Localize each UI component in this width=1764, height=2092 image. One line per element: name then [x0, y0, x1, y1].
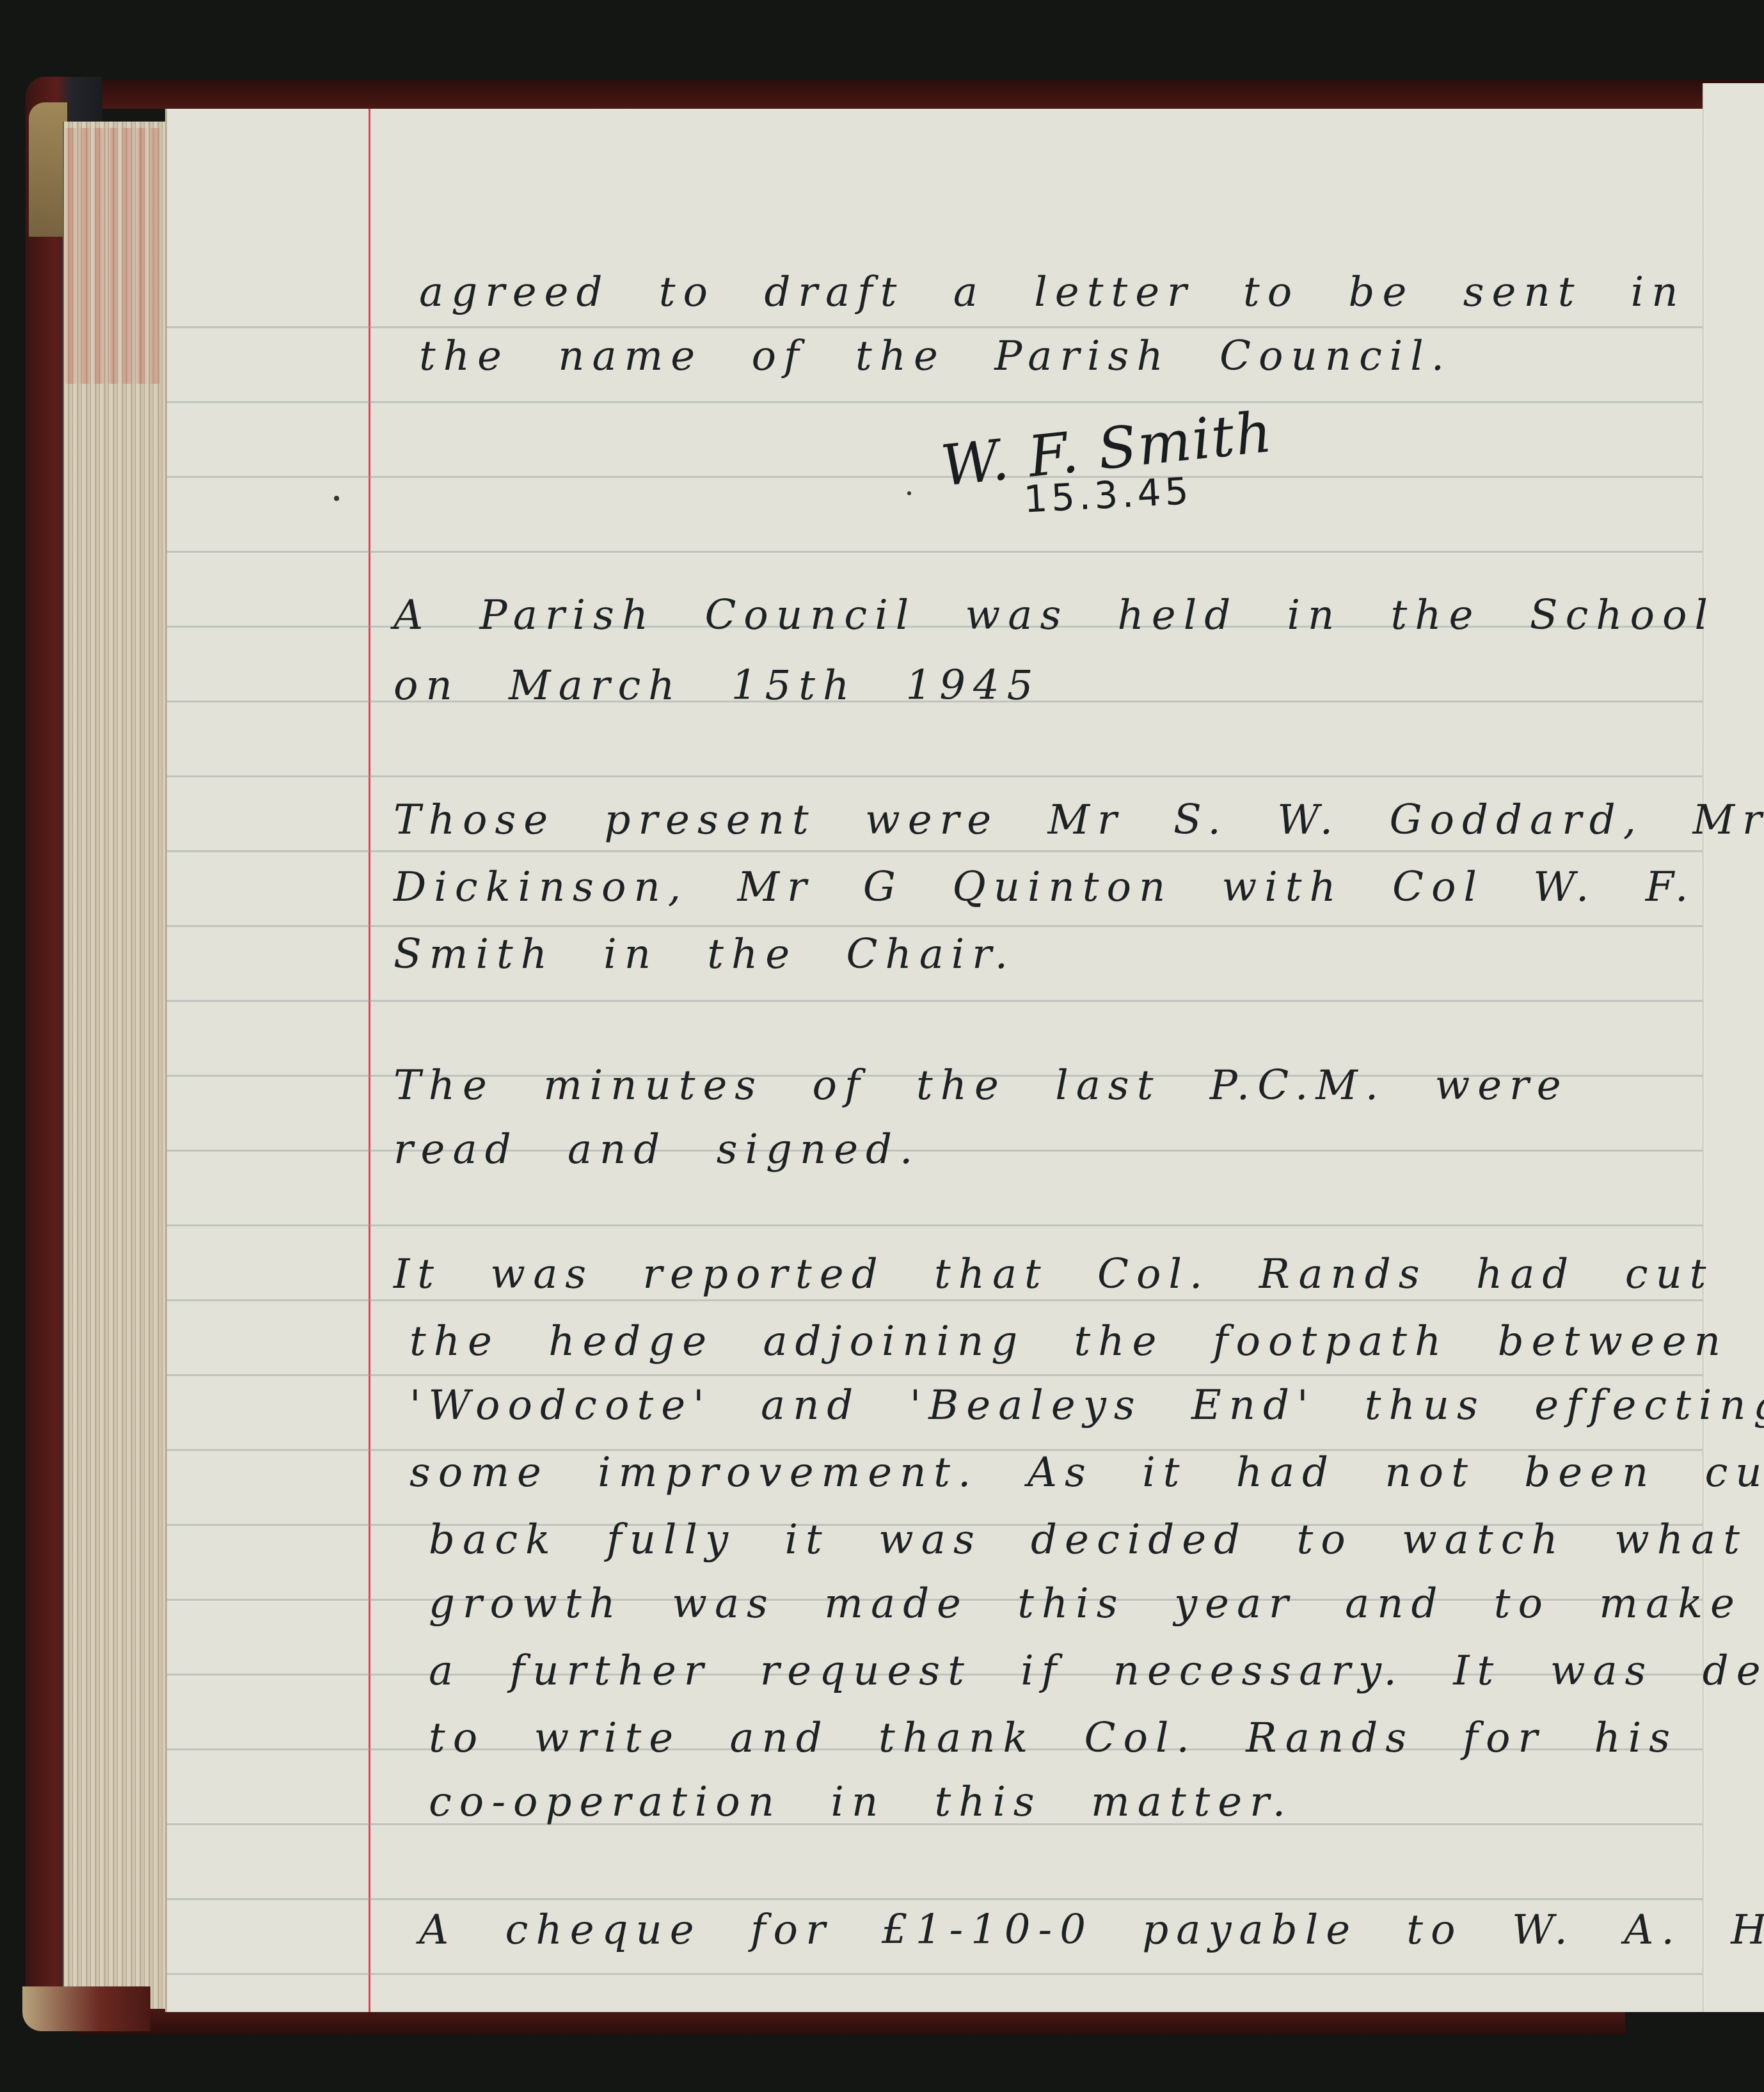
- meeting-heading-line-1: A Parish Council was held in the School: [393, 595, 1715, 636]
- ruled-line: [167, 1898, 1703, 1900]
- book-cover-bottom-edge: [77, 2009, 1625, 2034]
- ruled-line: [167, 476, 1703, 478]
- ruled-line: [167, 1299, 1703, 1301]
- cheque-item-line-1: A cheque for £1-10-0 payable to W. A. Ha…: [419, 1910, 1764, 1951]
- page-edge-stack: [63, 122, 166, 2009]
- book-cover-top-edge: [70, 80, 1764, 109]
- hedge-item-line-7: a further request if necessary. It was d…: [429, 1651, 1764, 1692]
- minutes-approval-line-1: The minutes of the last P.C.M. were: [393, 1065, 1569, 1106]
- red-sprinkled-page-edges: [64, 128, 160, 384]
- worn-cover-corner-bottom: [22, 1986, 150, 2031]
- red-margin-rule: [369, 109, 370, 2012]
- hedge-item-line-9: co-operation in this matter.: [429, 1782, 1293, 1823]
- ruled-line: [167, 326, 1703, 328]
- ruled-line: [167, 1224, 1703, 1226]
- ruled-line: [167, 551, 1703, 553]
- ruled-line: [167, 925, 1703, 927]
- hedge-item-line-3: 'Woodcote' and 'Bealeys End' thus effect…: [409, 1385, 1764, 1426]
- hedge-item-line-8: to write and thank Col. Rands for his: [429, 1718, 1678, 1759]
- ink-speck: [334, 496, 339, 501]
- meeting-heading-line-2: on March 15th 1945: [393, 665, 1040, 706]
- continuation-line-2: the name of the Parish Council.: [419, 336, 1452, 377]
- ruled-line: [167, 775, 1703, 777]
- ruled-line: [167, 401, 1703, 403]
- hedge-item-line-2: the hedge adjoining the footpath between: [409, 1321, 1728, 1362]
- continuation-line-1: agreed to draft a letter to be sent in: [419, 272, 1685, 313]
- ruled-line: [167, 1973, 1703, 1975]
- ruled-line: [167, 850, 1703, 852]
- minutes-approval-line-2: read and signed.: [393, 1129, 920, 1170]
- hedge-item-line-4: some improvement. As it had not been cut: [409, 1452, 1764, 1493]
- hedge-item-line-6: growth was made this year and to make: [429, 1583, 1742, 1624]
- attendance-line-1: Those present were Mr S. W. Goddard, Mr …: [393, 800, 1764, 841]
- hedge-item-line-5: back fully it was decided to watch what: [429, 1519, 1747, 1560]
- ruled-line: [167, 1374, 1703, 1376]
- attendance-line-2: Dickinson, Mr G Quinton with Col W. F.: [393, 867, 1696, 908]
- ruled-line: [167, 1000, 1703, 1002]
- page-gutter: [1703, 109, 1704, 2012]
- worn-cover-corner-top: [29, 102, 67, 237]
- ink-speck: [907, 491, 911, 495]
- facing-page-edge: [1703, 83, 1764, 2012]
- attendance-line-3: Smith in the Chair.: [393, 934, 1015, 975]
- hedge-item-line-1: It was reported that Col. Rands had cut …: [393, 1254, 1764, 1295]
- signature-date: 15.3.45: [1022, 469, 1193, 521]
